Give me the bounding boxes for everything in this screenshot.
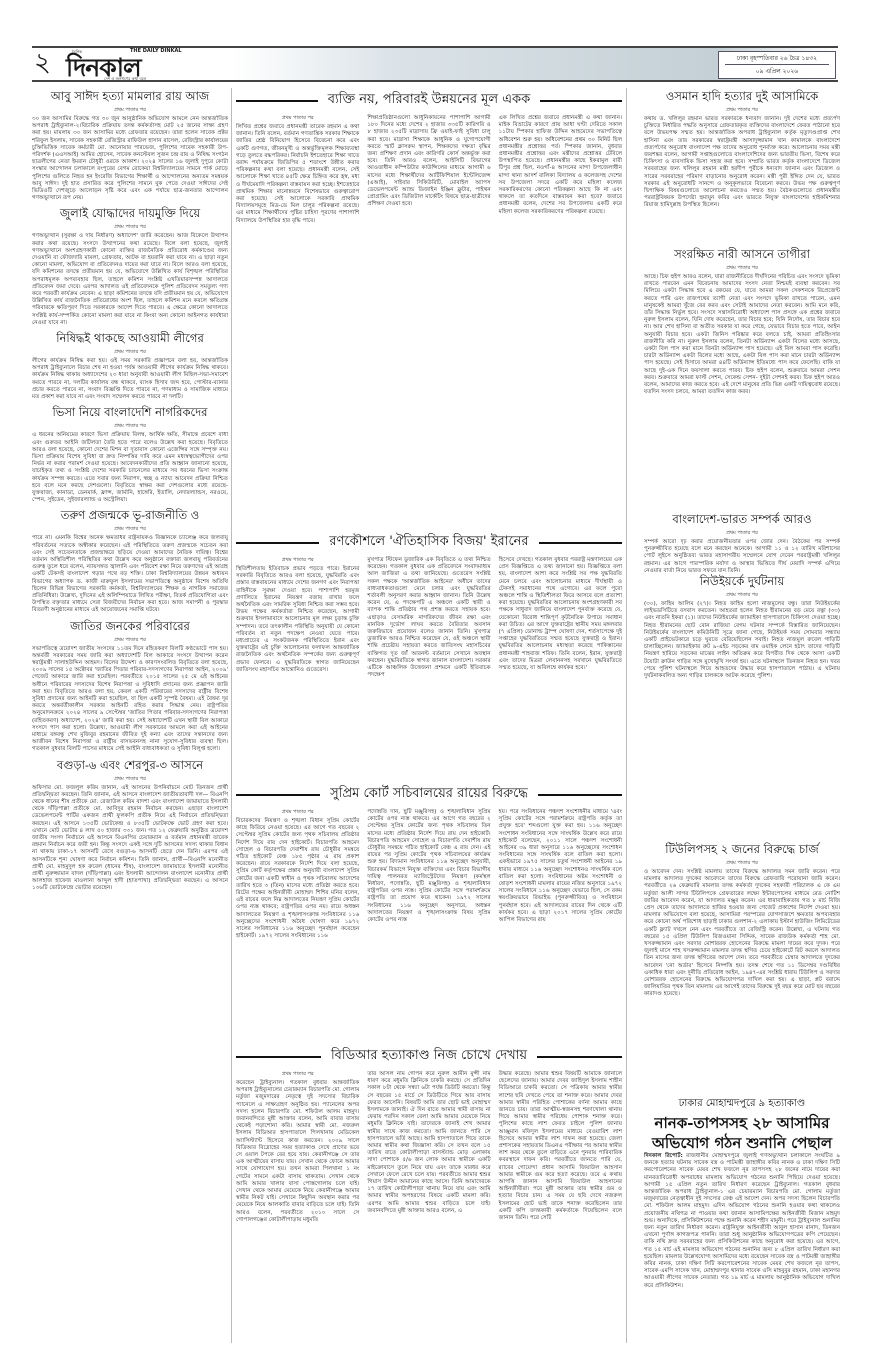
headline: নিষিদ্ধই থাকছে আওয়ামী লীগের xyxy=(32,330,228,349)
headline: বিডিআর হত্যাকাণ্ড নিজ চোখে দেখায় xyxy=(331,1046,527,1067)
headline: বগুড়া-৬ এবং শেরপুর-৩ আসনে xyxy=(32,757,228,776)
headline: রণকৌশলে 'ঐতিহাসিক বিজয়' ইরানের xyxy=(329,532,528,553)
date-english: ০৯ এপ্রিল ২০২৬ xyxy=(719,65,835,78)
center-column: ব্যক্তি নয়, পরিবারই উন্নয়নের মূল একক প… xyxy=(236,90,622,1343)
newspaper-logo: দৈনিক দিনকাল THE DAILY DINKAL দেশ ও জনগণ… xyxy=(62,46,182,82)
headline: ভিসা নিয়ে বাংলাদেশি নাগরিকদের xyxy=(32,404,228,423)
article-body: অফিসার মো. ফজলুল করিম জানান, এই আসনের উপ… xyxy=(32,785,228,893)
headline: বাংলাদেশ-ভারত সম্পর্ক আরও xyxy=(644,511,840,530)
article-bogura-sherpur: বগুড়া-৬ এবং শেরপুর-৩ আসনে প্রথম পাতার প… xyxy=(32,757,228,893)
article-body: লীগের কার্যক্রম নিষিদ্ধ করা হয়। ওই সময়… xyxy=(32,358,228,401)
article-body-col1: লিখিত প্রশ্নের জবাবে প্রধানমন্ত্রী তারেক… xyxy=(236,124,359,225)
headline: সংরক্ষিত নারী আসনে তাগীরা xyxy=(644,246,840,265)
article-abu-sayeed: আবু সাঈদ হত্যা মামলার রায় আজ প্রথম পাতা… xyxy=(32,88,228,202)
headline-rule xyxy=(236,794,320,796)
headline-rule xyxy=(236,100,318,102)
article-newyork-accident: নিউইয়র্কে দুর্ঘটনায় প্রথম পাতার পর (৩০… xyxy=(644,573,840,841)
article-body: গণঅভ্যুত্থান (সুরক্ষা ও দায় নির্ধারণ) অ… xyxy=(32,233,228,327)
article-body: কথায় ড. খলিলুর রহমান ভারত সরকারকে ধন্যব… xyxy=(644,116,840,210)
headline-rule xyxy=(537,1056,622,1058)
article-bdr-massacre: বিডিআর হত্যাকাণ্ড নিজ চোখে দেখায় প্রথম … xyxy=(236,1046,622,1346)
article-body-col3: এক লিখিত প্রশ্নের জবাবে প্রধানমন্ত্রী এ … xyxy=(499,115,622,225)
article-body-col3: উদ্ধার করেছে। আমার শ্বশুর বিষয়টি আমাকে … xyxy=(499,1071,622,1224)
article-body: পারে না। এমনকি বিশ্বের অনেক ক্ষমতাধর রাষ… xyxy=(32,535,228,614)
continued-label: প্রথম পাতার পর xyxy=(32,526,228,534)
headline-rule xyxy=(538,794,622,796)
continued-label: প্রথম পাতার পর xyxy=(32,349,228,357)
date-box: ঢাকা বৃহস্পতিবার ২৬ চৈত্র ১৪৩২ ০৯ এপ্রিল… xyxy=(718,51,836,79)
headline-line2: অভিযোগ গঠন শুনানি পেছাল xyxy=(644,1133,840,1153)
article-awami-league-ban: নিষিদ্ধই থাকছে আওয়ামী লীগের প্রথম পাতার… xyxy=(32,330,228,401)
headline: ব্যক্তি নয়, পরিবারই উন্নয়নের মূল একক xyxy=(328,90,531,111)
article-tulip-charge: টিউলিপসহ ২ জনের বিরুদ্ধে চার্জ প্রথম পাত… xyxy=(644,841,840,1096)
continued-label: প্রথম পাতার পর xyxy=(236,1071,359,1079)
headline: আবু সাঈদ হত্যা মামলার রায় আজ xyxy=(32,88,228,107)
right-column: ওসমান হাদি হত্যার দুই আসামিকে প্রথম পাতা… xyxy=(644,88,840,1343)
column-divider xyxy=(231,88,232,1343)
article-body: এ ধরনের অনিয়মের কারণে ভিসা প্রক্রিয়ায়… xyxy=(32,432,228,504)
article-body-col3: হিসেবে দেখছে। গতকাল বুধবার পররাষ্ট্র মন্… xyxy=(499,557,622,679)
article-body: আছে। চিফ হুইপ আরও বলেন, যারা রাজনীতিতে দ… xyxy=(644,274,840,396)
headline-rule xyxy=(539,542,622,544)
article-body-col2: তার আসল নাম গোপন করে নুরুল আমীন মুন্সী ন… xyxy=(367,1071,490,1224)
article-supreme-court-secretariat: সুপ্রিম কোর্ট সচিবালয়ের রায়ের বিরুদ্ধে… xyxy=(236,784,622,1044)
article-body-col2: পদোন্নতি দান, ছুটি মঞ্জুরিসহ) ও শৃঙ্খলাব… xyxy=(367,809,490,940)
continued-label: প্রথম পাতার পর xyxy=(32,637,228,645)
continued-label: প্রথম পাতার পর xyxy=(644,530,840,538)
headline: জুলাই যোদ্ধাদের দায়মুক্তি দিয়ে xyxy=(32,205,228,224)
left-column: আবু সাঈদ হত্যা মামলার রায় আজ প্রথম পাতা… xyxy=(32,88,228,1343)
article-body-col2: মুখপাত্র স্টিফেন ডুজারিক এক বিবৃতিতে এ ত… xyxy=(367,557,490,679)
article-father-of-nation-family: জাতির জনকের পরিবারের প্রথম পাতার পর সভাপ… xyxy=(32,618,228,754)
article-body-col3: হয়। পরে সংবিধানের পঞ্চদশ সংশোধনীর মাধ্য… xyxy=(499,809,622,940)
article-body-col1: বিচারকদের নিয়ন্ত্রণ ও শৃঙ্খলা বিধান সুপ… xyxy=(236,818,359,940)
continued-label: প্রথম পাতার পর xyxy=(644,860,840,868)
article-body-text: রাজধানীর মোহাম্মদপুরে জুলাই গণঅভ্যুত্থান… xyxy=(644,1153,840,1289)
article-body: ও আবেদন দেন। সংশ্লিষ্ট মামলায় তাদের বির… xyxy=(644,869,840,999)
kicker: ঢাকার মোহাম্মদপুরে ৯ হত্যাকাণ্ড xyxy=(644,1096,840,1113)
article-body: (৩০), ফাহিম আলিম (২৭)। নিহত ফাহিম হলো না… xyxy=(644,601,840,680)
article-bd-india-relations: বাংলাদেশ-ভারত সম্পর্ক আরও প্রথম পাতার পর… xyxy=(644,511,840,573)
continued-label: প্রথম পাতার পর xyxy=(32,423,228,431)
article-nanak-taposh: ঢাকার মোহাম্মদপুরে ৯ হত্যাকাণ্ড নানক-তাপ… xyxy=(644,1096,840,1290)
headline: জাতির জনকের পরিবারের xyxy=(32,618,228,637)
headline: সুপ্রিম কোর্ট সচিবালয়ের রায়ের বিরুদ্ধে xyxy=(330,784,528,805)
continued-label: প্রথম পাতার পর xyxy=(236,809,359,817)
headline-rule xyxy=(540,100,622,102)
continued-label: প্রথম পাতার পর xyxy=(32,776,228,784)
article-iran-victory: রণকৌশলে 'ঐতিহাসিক বিজয়' ইরানের প্রথম পা… xyxy=(236,532,622,772)
article-youth-geopolitics: তরুণ প্রজন্মকে ভূ-রাজনীতি ও প্রথম পাতার … xyxy=(32,507,228,614)
byline: দিনকাল রিপোর্ট: xyxy=(644,1153,683,1159)
headline-rule xyxy=(236,1056,321,1058)
article-body: দিনকাল রিপোর্ট: রাজধানীর মোহাম্মদপুরে জু… xyxy=(644,1153,840,1290)
continued-label: প্রথম পাতার পর xyxy=(644,107,840,115)
date-bangla: ঢাকা বৃহস্পতিবার ২৬ চৈত্র ১৪৩২ xyxy=(725,52,829,65)
article-body-col1: স্থিতিশীলতায় ইতিবাচক প্রভাব পড়তে পারে।… xyxy=(236,566,359,674)
article-body: সম্পর্ক আরো দৃঢ় করার প্রয়োজনীয়তার ওপর… xyxy=(644,539,840,573)
article-visa: ভিসা নিয়ে বাংলাদেশি নাগরিকদের প্রথম পাত… xyxy=(32,404,228,504)
masthead: ২ দৈনিক দিনকাল THE DAILY DINKAL দেশ ও জন… xyxy=(32,46,838,82)
continued-label: প্রথম পাতার পর xyxy=(644,265,840,273)
article-reserved-women-seats: সংরক্ষিত নারী আসনে তাগীরা প্রথম পাতার পর… xyxy=(644,246,840,511)
continued-label: প্রথম পাতার পর xyxy=(236,557,359,565)
headline-line1: নানক-তাপসসহ ২৮ আসামির xyxy=(644,1113,840,1133)
continued-label: প্রথম পাতার পর xyxy=(644,592,840,600)
logo-tagline: দেশ ও জনগণের কথা বলে xyxy=(104,76,146,83)
continued-label: প্রথম পাতার পর xyxy=(236,115,359,123)
article-july-fighters: জুলাই যোদ্ধাদের দায়মুক্তি দিয়ে প্রথম প… xyxy=(32,205,228,327)
headline-rule xyxy=(236,542,319,544)
column-divider xyxy=(626,88,627,1343)
continued-label: প্রথম পাতার পর xyxy=(32,107,228,115)
headline: ওসমান হাদি হত্যার দুই আসামিকে xyxy=(644,88,840,107)
continued-label: প্রথম পাতার পর xyxy=(32,224,228,232)
logo-text: দিনকাল xyxy=(66,48,141,91)
article-body: সভাপতিত্বে ত্রয়োদশ জাতীয় সংসদের ১১তম দ… xyxy=(32,646,228,754)
article-body-col1: করেছেন ট্রাইব্যুনাল। গতকাল বুধবার আন্তর্… xyxy=(236,1080,359,1224)
logo-english: THE DAILY DINKAL xyxy=(130,48,182,54)
headline: টিউলিপসহ ২ জনের বিরুদ্ধে চার্জ xyxy=(644,841,840,860)
article-body: ৩০ জন আসামির বিরুদ্ধে গত ৩০ জুন আনুষ্ঠান… xyxy=(32,116,228,202)
page-number: ২ xyxy=(34,42,62,86)
article-osman-hadi: ওসমান হাদি হত্যার দুই আসামিকে প্রথম পাতা… xyxy=(644,88,840,246)
article-body-col2: শিক্ষাপ্রতিষ্ঠানগুলো আধুনিকায়নের পাশাপা… xyxy=(367,115,490,225)
headline: তরুণ প্রজন্মকে ভূ-রাজনীতি ও xyxy=(32,507,228,526)
headline: নিউইয়র্কে দুর্ঘটনায় xyxy=(644,573,840,592)
article-family-development: ব্যক্তি নয়, পরিবারই উন্নয়নের মূল একক প… xyxy=(236,90,622,530)
